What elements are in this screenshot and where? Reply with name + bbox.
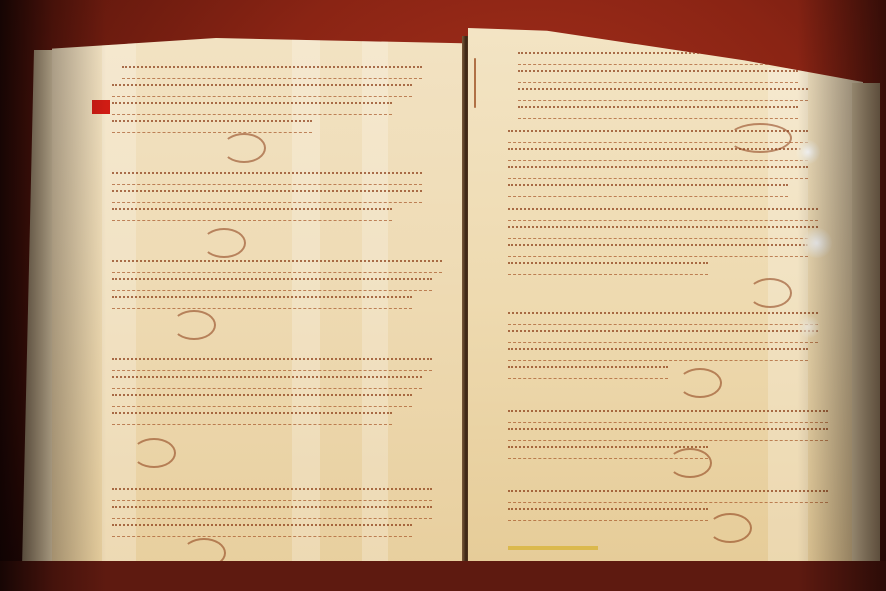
signature-flourish <box>668 448 712 478</box>
light-reflection <box>802 228 832 258</box>
handwriting-line <box>112 260 442 273</box>
manuscript-book <box>22 28 882 568</box>
handwriting-line <box>508 348 808 361</box>
handwriting-line <box>122 66 422 79</box>
handwriting-line <box>112 278 432 291</box>
handwriting-line <box>112 84 412 97</box>
handwriting-line <box>112 412 392 425</box>
handwriting-line <box>112 506 432 519</box>
handwriting-line <box>112 296 412 309</box>
handwriting-line <box>508 410 828 423</box>
red-marker-tab <box>92 100 110 114</box>
right-page <box>468 28 863 568</box>
handwriting-line <box>508 184 788 197</box>
handwriting-line <box>508 208 818 221</box>
light-reflection <box>796 140 820 164</box>
handwriting-line <box>508 312 818 325</box>
handwriting-line <box>112 172 422 185</box>
handwriting-line <box>518 52 778 65</box>
highlighted-ink-stroke <box>508 546 598 550</box>
margin-stroke <box>474 58 476 108</box>
handwriting-line <box>112 394 412 407</box>
handwriting-line <box>518 70 798 83</box>
handwriting-line <box>508 428 828 441</box>
handwriting-line <box>112 524 412 537</box>
handwriting-line <box>112 208 392 221</box>
handwriting-line <box>518 88 808 101</box>
signature-flourish <box>222 133 266 163</box>
handwriting-line <box>508 330 818 343</box>
handwriting-line <box>112 358 432 371</box>
left-page <box>52 38 462 568</box>
signature-flourish <box>678 368 722 398</box>
handwriting-line <box>112 120 312 133</box>
light-reflection <box>798 316 820 338</box>
signature-flourish <box>132 438 176 468</box>
handwriting-line <box>508 490 828 503</box>
handwriting-line <box>508 226 818 239</box>
handwriting-line <box>508 244 808 257</box>
signature-flourish <box>708 513 752 543</box>
handwriting-line <box>508 508 708 521</box>
handwriting-line <box>508 148 808 161</box>
signature-flourish <box>748 278 792 308</box>
right-page-stack-edge <box>852 83 880 568</box>
handwriting-line <box>508 366 668 379</box>
display-case-base <box>0 561 886 591</box>
handwriting-line <box>508 130 808 143</box>
signature-flourish <box>172 310 216 340</box>
signature-flourish <box>202 228 246 258</box>
handwriting-line <box>112 190 422 203</box>
handwriting-line <box>112 102 392 115</box>
handwriting-line <box>518 106 798 119</box>
handwriting-line <box>112 488 432 501</box>
handwriting-line <box>112 376 422 389</box>
handwriting-line <box>508 262 708 275</box>
handwriting-line <box>508 166 808 179</box>
